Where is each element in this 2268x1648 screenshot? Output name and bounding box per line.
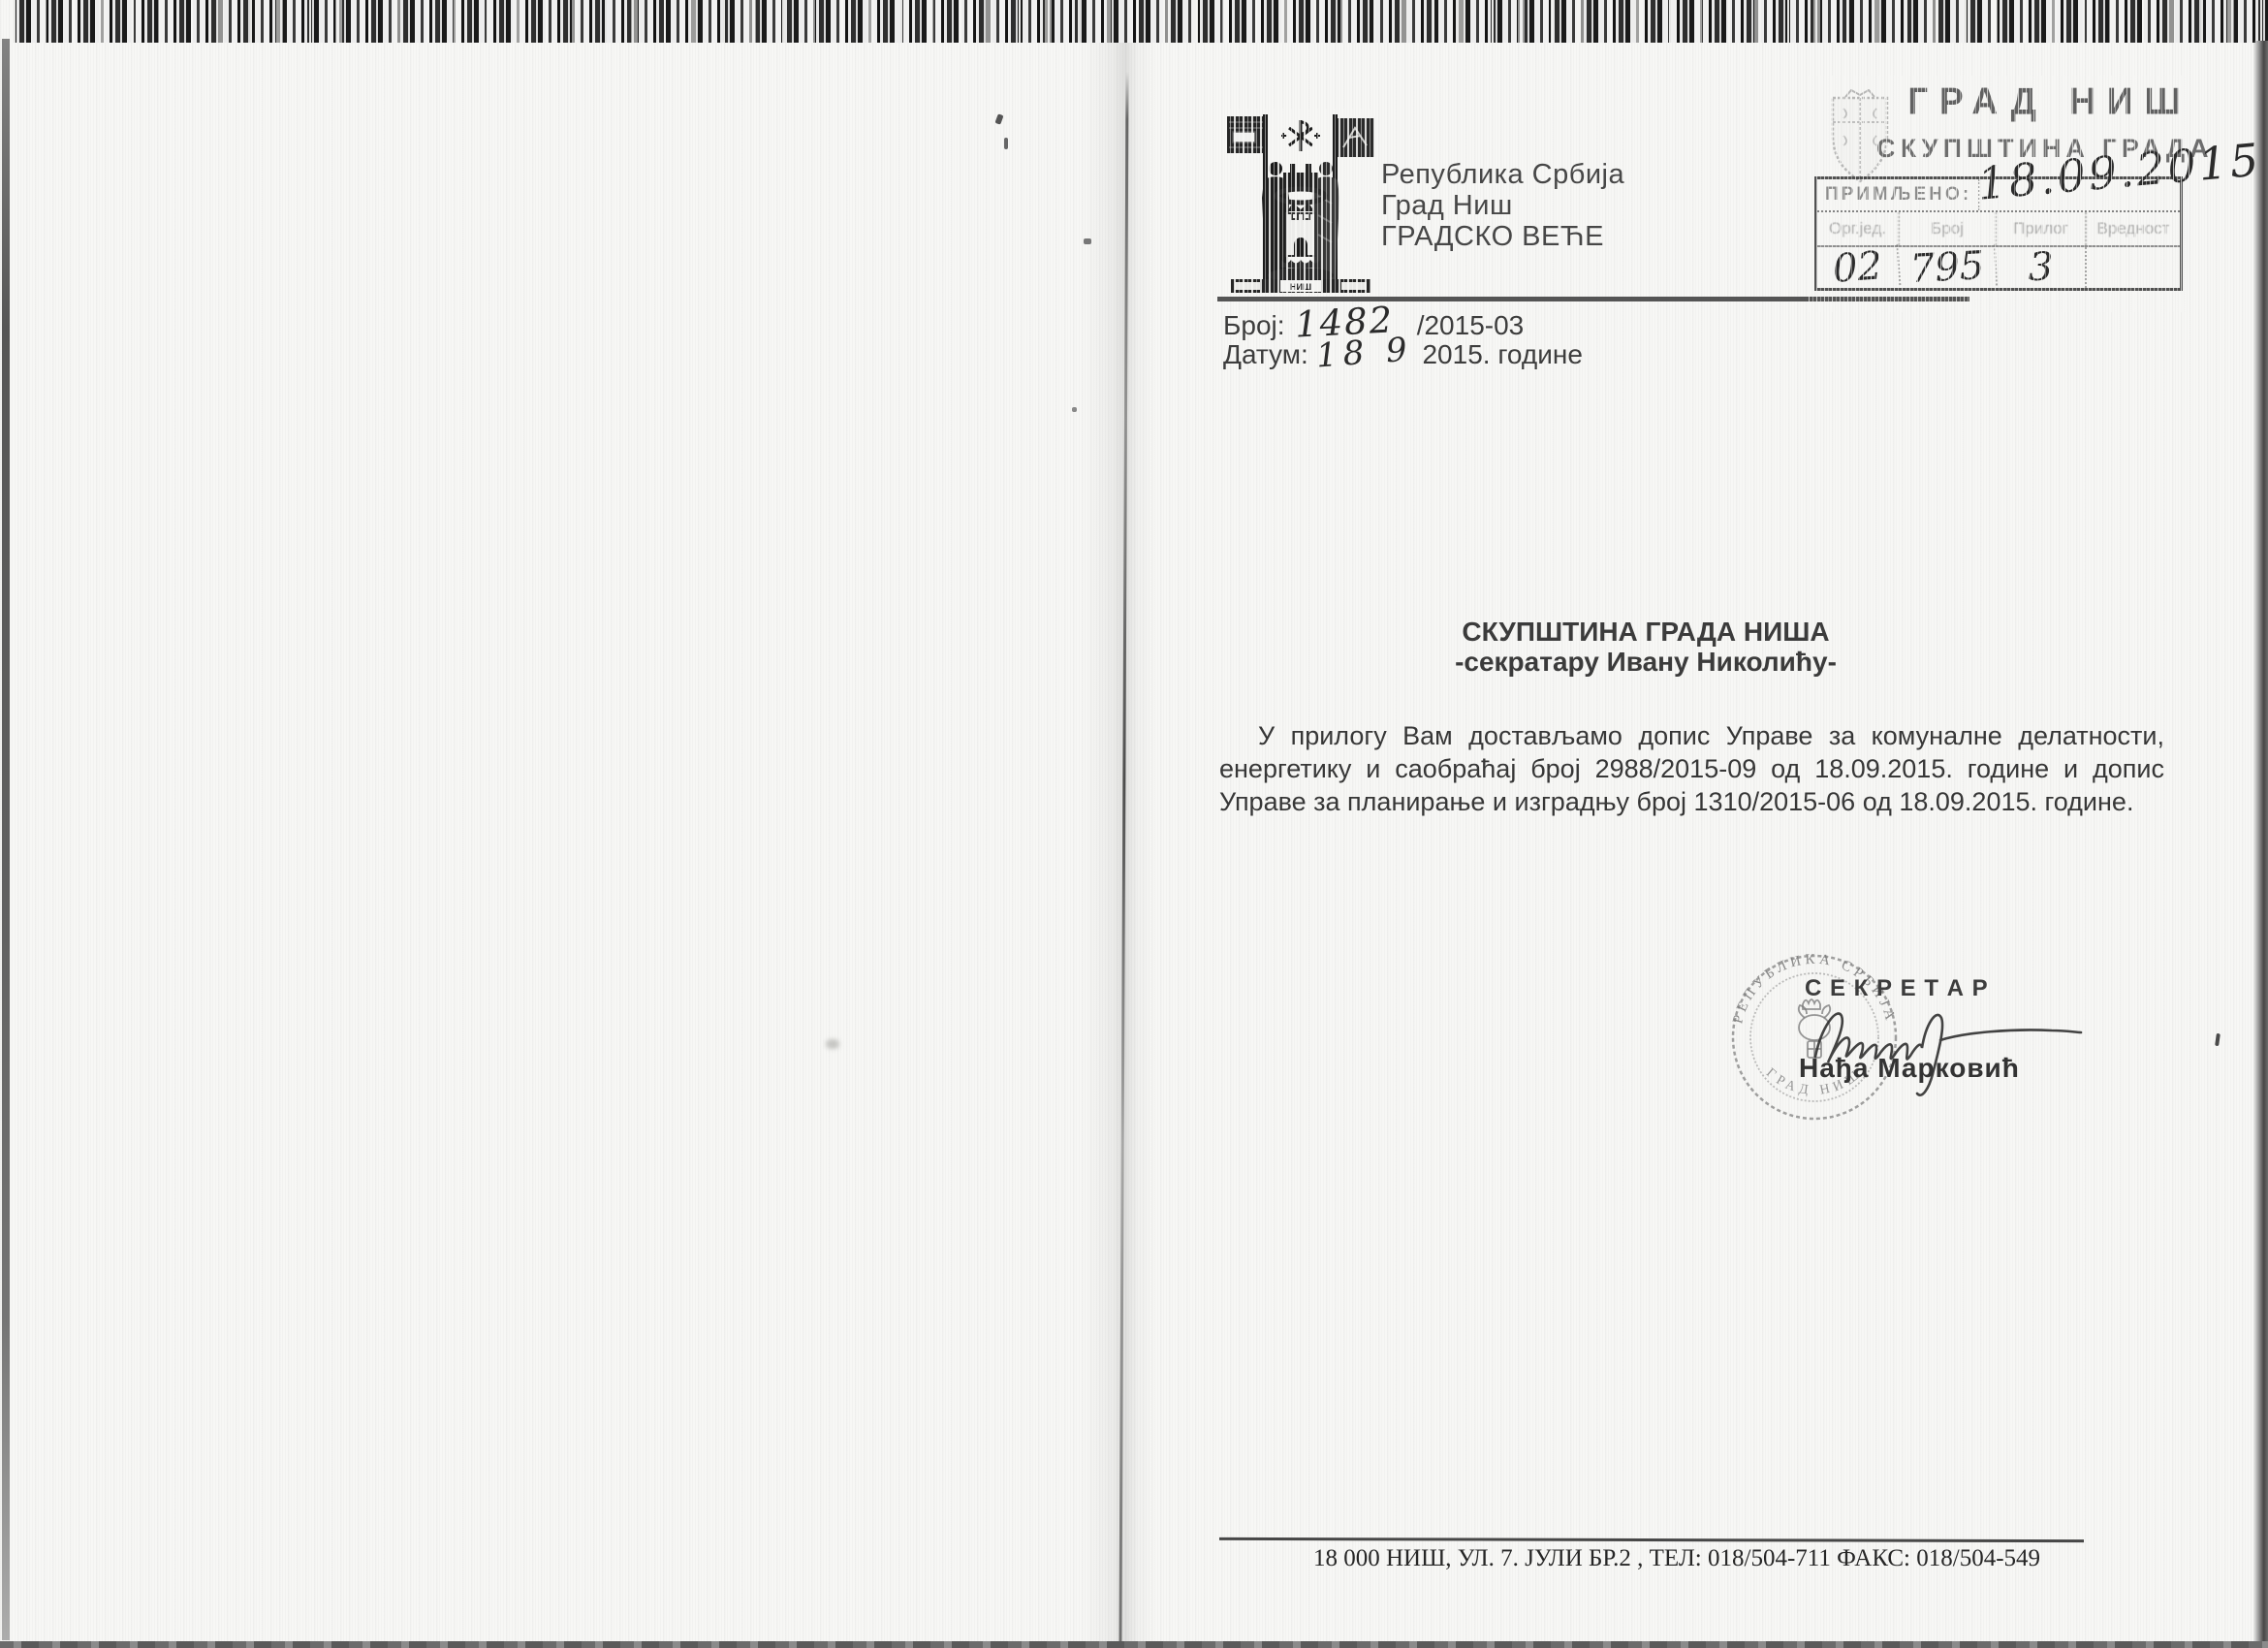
- recipient-block: СКУПШТИНА ГРАДА НИША -секратару Ивану Ни…: [1219, 617, 2072, 677]
- letterhead-country: Република Србија: [1381, 159, 1624, 190]
- scan-left-edge: [2, 39, 10, 1640]
- smudge: [826, 1039, 839, 1049]
- receipt-header-row: Орг.јед. Број Прилог Вредност: [1817, 212, 2180, 247]
- scanner-stripe-band: [14, 0, 2268, 43]
- value-prilog: 3: [1997, 247, 2087, 288]
- col-prilog: Прилог: [1997, 212, 2087, 245]
- receipt-stamp: ГРАД НИШ СКУПШТИНА ГРАДА 18.09.2015 ПРИМ…: [1814, 81, 2185, 306]
- received-label: ПРИМЉЕНО:: [1817, 179, 1980, 210]
- scanned-letter-page: НИШ Република Србија Град Ниш ГРАДСКО ВЕ…: [0, 0, 2268, 1648]
- scan-right-edge: [2253, 41, 2268, 1648]
- date-suffix: 2015. године: [1422, 339, 1582, 370]
- letterhead: Република Србија Град Ниш ГРАДСКО ВЕЋЕ: [1381, 159, 1624, 252]
- date-label: Датум:: [1223, 339, 1308, 370]
- value-broj: 795: [1899, 244, 1998, 290]
- chi-rho-symbol: [1281, 120, 1320, 151]
- footer-address: 18 000 НИШ, УЛ. 7. ЈУЛИ БР.2 , ТЕЛ: 018/…: [1279, 1545, 2074, 1572]
- city-coat-of-arms: НИШ: [1225, 109, 1376, 295]
- body-paragraph: У прилогу Вам достављамо допис Управе за…: [1219, 719, 2164, 818]
- receipt-value-row: 02 795 3: [1817, 247, 2180, 288]
- value-org-jed: 02: [1816, 244, 1902, 291]
- letterhead-city: Град Ниш: [1381, 190, 1624, 221]
- date-handwritten: 18 9: [1315, 331, 1414, 376]
- scan-bottom-edge: [0, 1641, 2268, 1648]
- dust-speck: [1072, 407, 1077, 412]
- recipient-line1: СКУПШТИНА ГРАДА НИША: [1219, 617, 2072, 647]
- handwritten-signature: [1798, 987, 2108, 1108]
- col-org-jed: Орг.јед.: [1817, 212, 1900, 245]
- recipient-line2: -секратару Ивану Николићу-: [1219, 647, 2072, 677]
- dust-speck: [1084, 238, 1091, 244]
- dust-speck: [994, 113, 1003, 124]
- value-vrednost: [2087, 247, 2180, 288]
- col-broj: Број: [1900, 212, 1997, 245]
- svg-text:НИШ: НИШ: [1290, 282, 1311, 292]
- reference-date-line: Датум: 18 9 2015. године: [1223, 333, 1583, 372]
- footer-rule: [1219, 1537, 2084, 1542]
- ribbon: НИШ: [1231, 279, 1370, 293]
- dust-speck: [1004, 138, 1008, 149]
- col-vrednost: Вредност: [2087, 212, 2180, 245]
- signatory-name: Нађа Марковић: [1799, 1053, 2020, 1084]
- letterhead-org: ГРАДСКО ВЕЋЕ: [1381, 221, 1624, 252]
- receipt-stamp-title: ГРАД НИШ: [1907, 80, 2192, 123]
- ink-mark: [2215, 1033, 2221, 1046]
